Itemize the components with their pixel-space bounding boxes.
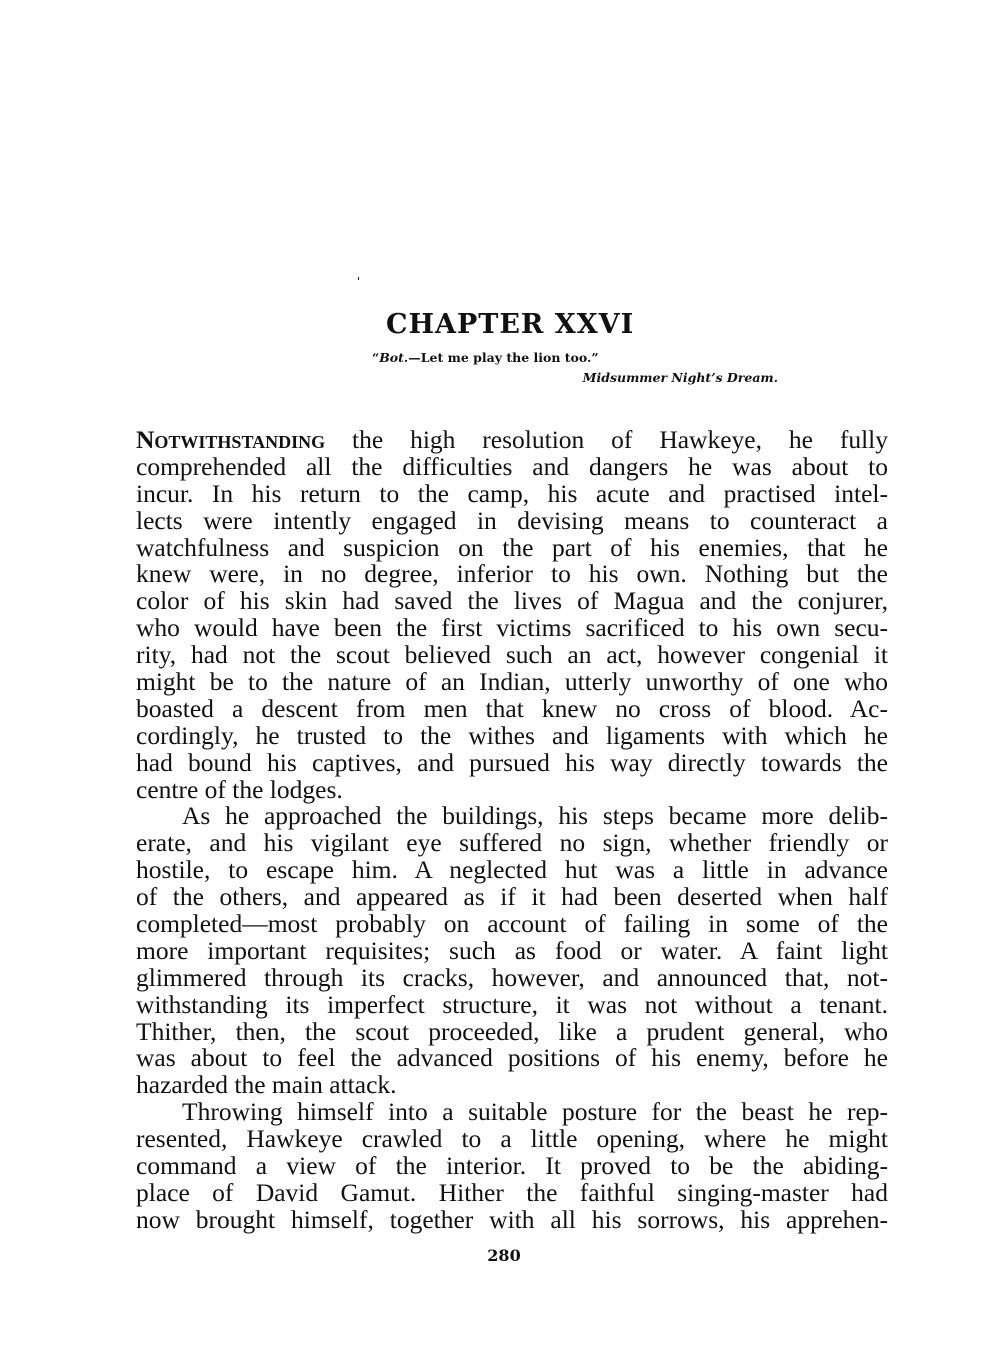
text-line: As he approached the buildings, his step… xyxy=(136,803,888,830)
text-line: of the others, and appeared as if it had… xyxy=(136,884,888,911)
text-line: lects were intently engaged in devising … xyxy=(136,508,888,535)
text-line: now brought himself, together with all h… xyxy=(136,1207,888,1234)
text-line: color of his skin had saved the lives of… xyxy=(136,588,888,615)
text-line: glimmered through its cracks, however, a… xyxy=(136,965,888,992)
lead-word: Notwithstanding xyxy=(136,425,325,454)
text-line: resented, Hawkeye crawled to a little op… xyxy=(136,1126,888,1153)
text-line: hazarded the main attack. xyxy=(136,1072,888,1099)
epigraph: “Bot.—Let me play the lion too.” Midsumm… xyxy=(372,348,792,388)
text-line: centre of the lodges. xyxy=(136,777,888,804)
text-line: place of David Gamut. Hither the faithfu… xyxy=(136,1180,888,1207)
text-line: might be to the nature of an Indian, utt… xyxy=(136,669,888,696)
text-line: who would have been the first victims sa… xyxy=(136,615,888,642)
chapter-body: Notwithstanding the high resolution of H… xyxy=(136,427,888,1234)
page-number: 280 xyxy=(0,1246,1000,1265)
epigraph-quote-text: —Let me play the lion too.” xyxy=(408,350,598,365)
paragraph-1: Notwithstanding the high resolution of H… xyxy=(136,427,888,803)
text-line: Throwing himself into a suitable posture… xyxy=(136,1099,888,1126)
text-line: Notwithstanding the high resolution of H… xyxy=(136,427,888,454)
epigraph-quote: “Bot.—Let me play the lion too.” xyxy=(372,348,792,368)
text-line: had bound his captives, and pursued his … xyxy=(136,750,888,777)
text-line: incur. In his return to the camp, his ac… xyxy=(136,481,888,508)
text-line: knew were, in no degree, inferior to his… xyxy=(136,561,888,588)
text-line: cordingly, he trusted to the withes and … xyxy=(136,723,888,750)
text-line: hostile, to escape him. A neglected hut … xyxy=(136,857,888,884)
text-line: comprehended all the difficulties and da… xyxy=(136,454,888,481)
text-line: more important requisites; such as food … xyxy=(136,938,888,965)
paragraph-3: Throwing himself into a suitable posture… xyxy=(136,1099,888,1233)
epigraph-speaker: Bot. xyxy=(379,350,408,365)
text-line: rity, had not the scout believed such an… xyxy=(136,642,888,669)
text-line: was about to feel the advanced positions… xyxy=(136,1045,888,1072)
text-line: watchfulness and suspicion on the part o… xyxy=(136,535,888,562)
paragraph-2: As he approached the buildings, his step… xyxy=(136,803,888,1099)
text-line: Thither, then, the scout proceeded, like… xyxy=(136,1019,888,1046)
chapter-title: CHAPTER XXVI xyxy=(0,308,1000,342)
text-line: command a view of the interior. It prove… xyxy=(136,1153,888,1180)
text-line: completed—most probably on account of fa… xyxy=(136,911,888,938)
text-line: erate, and his vigilant eye suffered no … xyxy=(136,830,888,857)
epigraph-source: Midsummer Night’s Dream. xyxy=(372,368,792,388)
text-line: withstanding its imperfect structure, it… xyxy=(136,992,888,1019)
print-speck xyxy=(358,277,359,280)
text-line: boasted a descent from men that knew no … xyxy=(136,696,888,723)
